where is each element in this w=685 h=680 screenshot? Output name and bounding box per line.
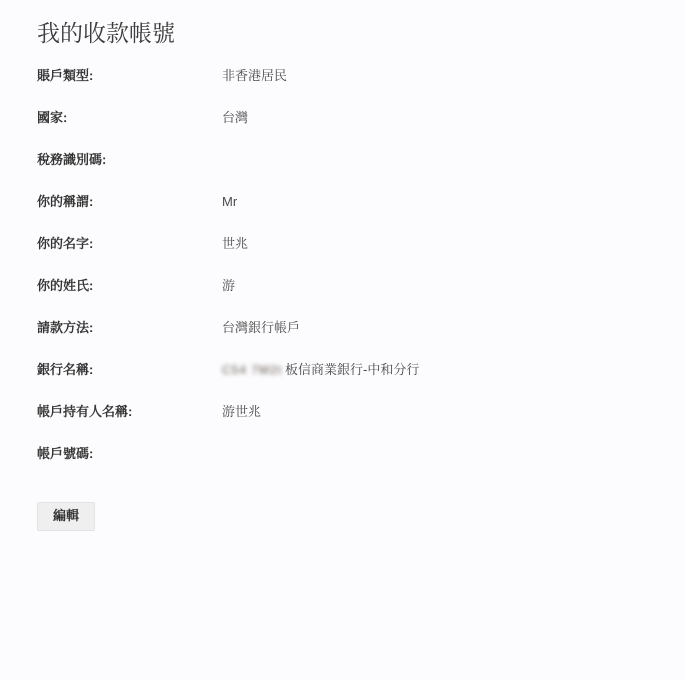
field-row-account-number: 帳戶號碼:: [37, 445, 655, 463]
field-label: 你的稱謂:: [37, 193, 222, 211]
field-row-first-name: 你的名字: 世兆: [37, 235, 655, 253]
field-row-salutation: 你的稱謂: Mr: [37, 193, 655, 211]
edit-button[interactable]: 編輯: [37, 502, 95, 531]
field-label: 你的姓氏:: [37, 277, 222, 295]
field-label: 帳戶持有人名稱:: [37, 403, 222, 421]
field-value: 世兆: [222, 235, 248, 253]
field-row-tax-id: 稅務識別碼:: [37, 151, 655, 169]
page-title: 我的收款帳號: [37, 20, 655, 46]
field-value: Mr: [222, 193, 237, 211]
field-value: 游: [222, 277, 235, 295]
field-row-country: 國家: 台灣: [37, 109, 655, 127]
field-label: 帳戶號碼:: [37, 445, 222, 463]
payment-account-page: 我的收款帳號 賬戶類型: 非香港居民 國家: 台灣 稅務識別碼: 你的稱謂: M…: [0, 0, 685, 531]
field-row-bank-name: 銀行名稱: C54 7M2t板信商業銀行-中和分行: [37, 361, 655, 379]
account-fields-list: 賬戶類型: 非香港居民 國家: 台灣 稅務識別碼: 你的稱謂: Mr 你的名字:…: [37, 67, 655, 463]
field-label: 國家:: [37, 109, 222, 127]
field-value-text: 板信商業銀行-中和分行: [285, 362, 419, 377]
field-row-payment-method: 請款方法: 台灣銀行帳戶: [37, 319, 655, 337]
field-label: 銀行名稱:: [37, 361, 222, 379]
field-row-last-name: 你的姓氏: 游: [37, 277, 655, 295]
field-value: 台灣銀行帳戶: [222, 319, 300, 337]
field-value: 非香港居民: [222, 67, 287, 85]
redacted-bank-code-blur: C54 7M2t: [222, 361, 282, 379]
field-label: 你的名字:: [37, 235, 222, 253]
field-label: 請款方法:: [37, 319, 222, 337]
field-label: 稅務識別碼:: [37, 151, 222, 169]
field-value: 游世兆: [222, 403, 261, 421]
field-row-account-holder: 帳戶持有人名稱: 游世兆: [37, 403, 655, 421]
field-value: 台灣: [222, 109, 248, 127]
field-label: 賬戶類型:: [37, 67, 222, 85]
field-row-account-type: 賬戶類型: 非香港居民: [37, 67, 655, 85]
field-value: C54 7M2t板信商業銀行-中和分行: [222, 361, 419, 379]
